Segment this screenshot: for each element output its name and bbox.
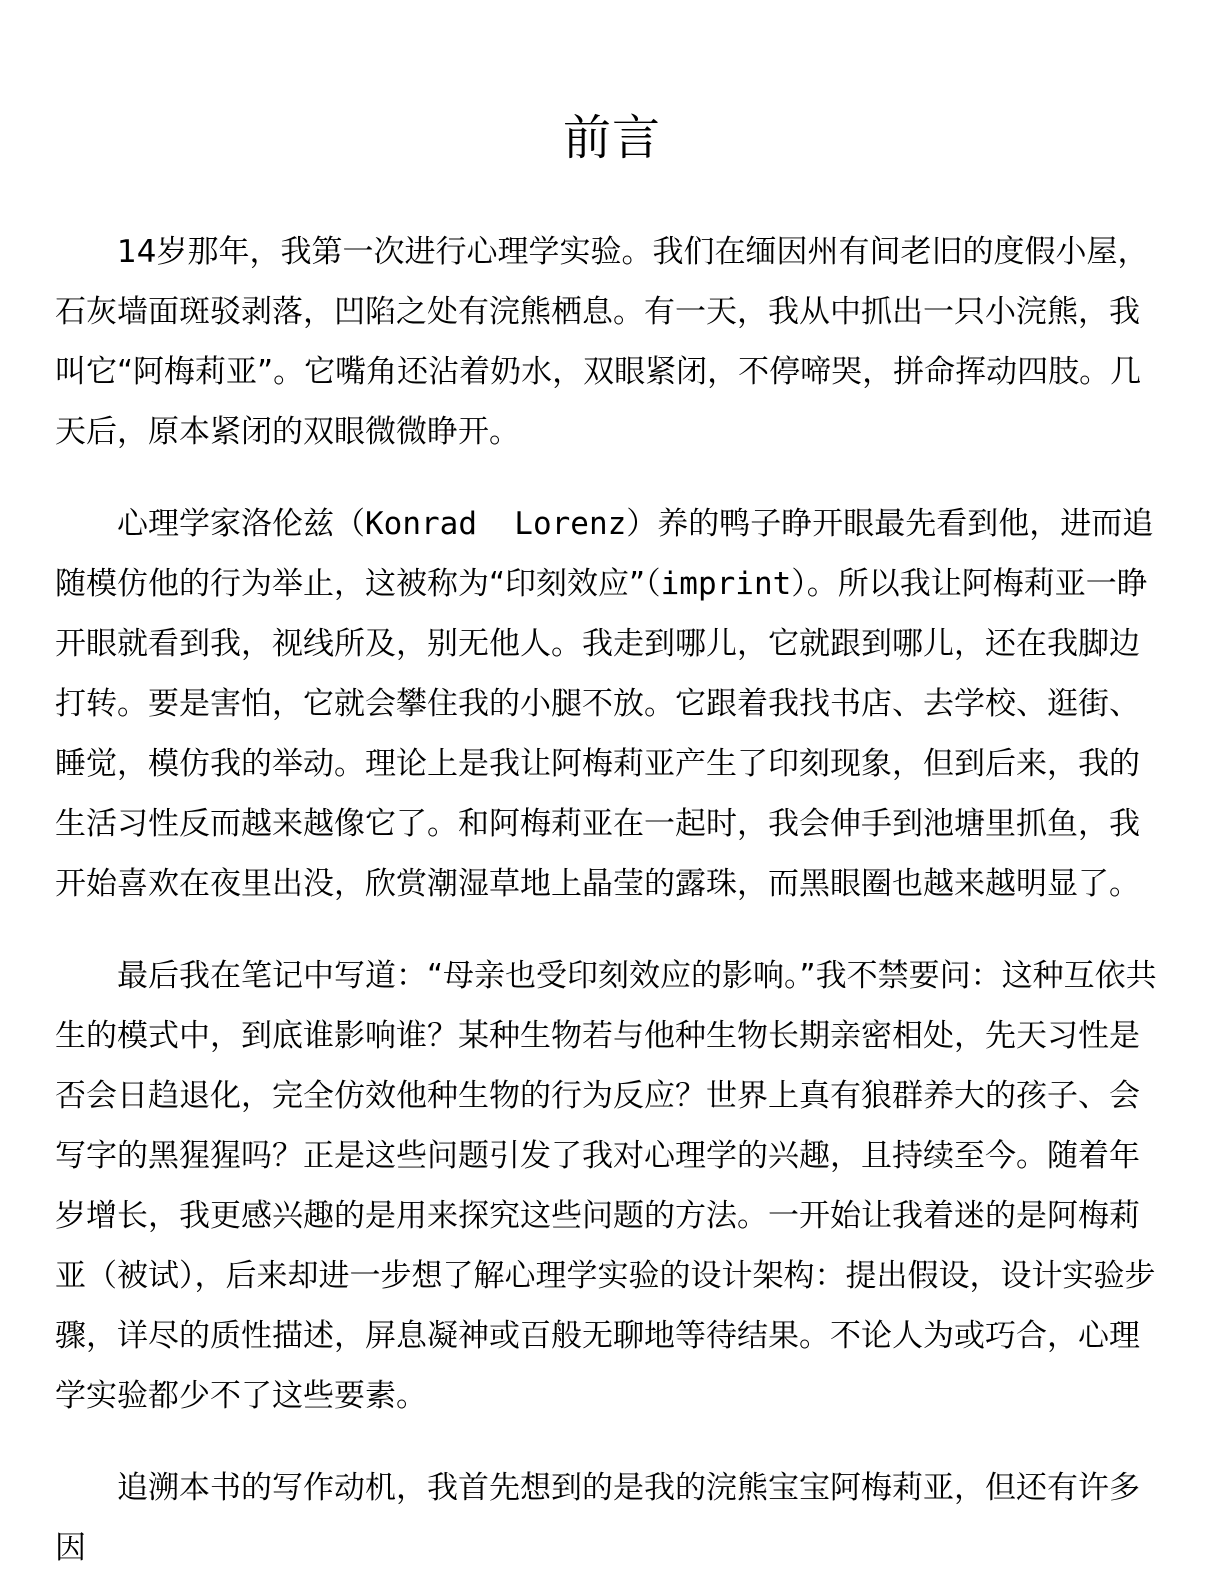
paragraph-2: 心理学家洛伦兹（Konrad Lorenz）养的鸭子睁开眼最先看到他，进而追随模…	[55, 494, 1169, 914]
text-run: 心理学家洛伦兹（	[117, 506, 365, 542]
paragraph-4: 追溯本书的写作动机，我首先想到的是我的浣熊宝宝阿梅莉亚，但还有许多因	[55, 1458, 1169, 1578]
latin-text-run: imprint	[661, 566, 792, 602]
document-page: 前言 14岁那年，我第一次进行心理学实验。我们在缅因州有间老旧的度假小屋，石灰墙…	[0, 0, 1224, 1584]
latin-text-run: Konrad Lorenz	[365, 506, 626, 542]
page-title: 前言	[55, 0, 1169, 166]
text-run: ）。所以我让阿梅莉亚一睁开眼就看到我，视线所及，别无他人。我走到哪儿，它就跟到哪…	[55, 566, 1148, 902]
document-body: 14岁那年，我第一次进行心理学实验。我们在缅因州有间老旧的度假小屋，石灰墙面斑驳…	[55, 222, 1169, 1578]
paragraph-3: 最后我在笔记中写道：“母亲也受印刻效应的影响。”我不禁要问：这种互依共生的模式中…	[55, 946, 1169, 1426]
text-run: 追溯本书的写作动机，我首先想到的是我的浣熊宝宝阿梅莉亚，但还有许多因	[55, 1470, 1140, 1566]
text-run: 14岁那年，我第一次进行心理学实验。我们在缅因州有间老旧的度假小屋，石灰墙面斑驳…	[55, 234, 1148, 450]
paragraph-1: 14岁那年，我第一次进行心理学实验。我们在缅因州有间老旧的度假小屋，石灰墙面斑驳…	[55, 222, 1169, 462]
text-run: 最后我在笔记中写道：“母亲也受印刻效应的影响。”我不禁要问：这种互依共生的模式中…	[55, 958, 1157, 1414]
